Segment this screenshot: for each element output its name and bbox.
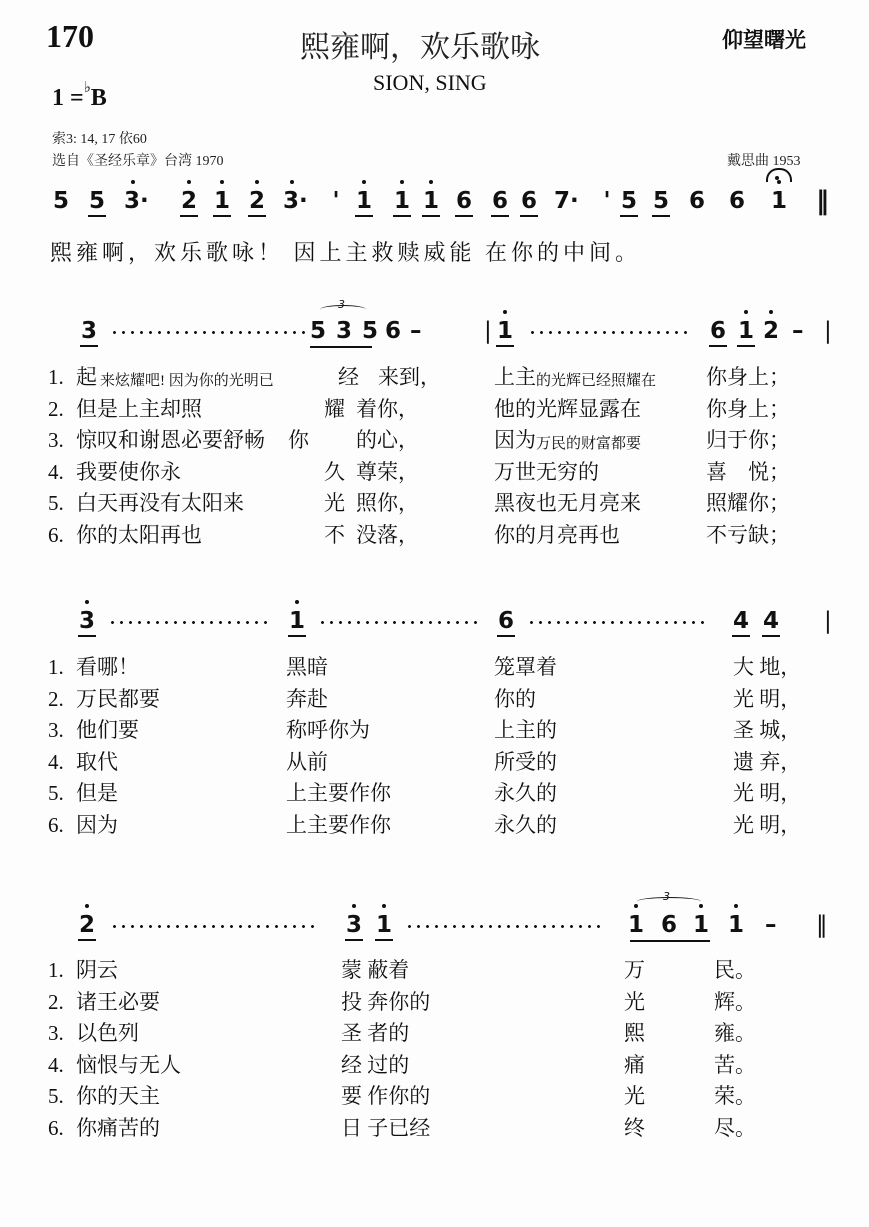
category-label: 仰望曙光: [722, 24, 806, 54]
verse-text: 尊荣，: [356, 457, 419, 489]
verse-text: 他的光辉显露在: [494, 394, 641, 426]
verse-line: 1.看哪！黑暗笼罩着大 地，: [48, 652, 848, 684]
verse-line: 4.我要使你永久尊荣，万世无穷的喜 悦；: [48, 457, 848, 489]
verse-text: 光 明，: [733, 810, 801, 842]
verse-text: 取代: [76, 747, 118, 779]
verse-text: 我要使你永: [76, 457, 181, 489]
verse-block-2: 1.起来炫耀吧! 因为你的光明已经来到，上主的光辉已经照耀在你身上；2.但是上主…: [48, 362, 848, 551]
verse-line: 6.你的太阳再也不没落，你的月亮再也不亏缺；: [48, 520, 848, 552]
verse-text: 不: [324, 520, 345, 552]
verse-text: 他们要: [76, 715, 139, 747]
continuation-dots: [527, 621, 709, 624]
note: 5: [88, 188, 106, 214]
verse-line: 4.恼恨与无人经 过的痛苦。: [48, 1050, 848, 1082]
breath-mark: ': [598, 188, 616, 214]
verse-text: 5.: [48, 488, 64, 520]
verse-text: 照你，: [356, 488, 419, 520]
verse-text: 要 作你的: [341, 1081, 430, 1113]
note: 6: [709, 318, 727, 344]
verse-text: 辉。: [714, 987, 756, 1019]
hymn-sheet: 170 熙雍啊，欢乐歌咏 仰望曙光 SION, SING 1 =♭B 索3: 1…: [0, 0, 869, 1227]
note: 1: [422, 188, 440, 214]
note: 6: [660, 912, 678, 938]
composer-credit: 戴思曲 1953: [727, 150, 801, 170]
final-barline: ‖: [816, 186, 829, 216]
verse-line: 1.起来炫耀吧! 因为你的光明已经来到，上主的光辉已经照耀在你身上；: [48, 362, 848, 394]
note: 1: [627, 912, 645, 938]
verse-text: 以色列: [76, 1018, 139, 1050]
note: 6: [455, 188, 473, 214]
note: 1: [737, 318, 755, 344]
verse-text: 上主要作你: [286, 778, 391, 810]
note: 6: [688, 188, 706, 214]
verse-text: 奔赴: [286, 684, 328, 716]
verse-text: 久: [324, 457, 345, 489]
verse-text: 熙: [624, 1018, 645, 1050]
verse-text: 但是: [76, 778, 118, 810]
barline: |: [824, 608, 832, 634]
verse-line: 2.万民都要奔赴你的光 明，: [48, 684, 848, 716]
verse-text: 2.: [48, 987, 64, 1019]
verse-line: 6.因为上主要作你永久的光 明，: [48, 810, 848, 842]
verse-text: 但是上主却照: [76, 394, 202, 426]
note: 5: [52, 188, 70, 214]
verse-text: 6.: [48, 520, 64, 552]
verse-text: 上主的: [494, 715, 557, 747]
note: 6: [520, 188, 538, 214]
refrain-lyrics: 熙雍啊，欢乐歌咏！ 因上主救赎威能 在你的中间。: [50, 236, 641, 267]
verse-line: 3.惊叹和谢恩必要舒畅你的心，因为万民的财富都要归于你；: [48, 425, 848, 457]
verse-block-3: 1.看哪！黑暗笼罩着大 地，2.万民都要奔赴你的光 明，3.他们要称呼你为上主的…: [48, 652, 848, 841]
note: 1: [355, 188, 373, 214]
verse-text: 照耀你；: [706, 488, 790, 520]
triplet-notes: 5 3 5: [310, 318, 379, 344]
verse-text: 经: [338, 362, 359, 394]
verse-text: 的心，: [356, 425, 419, 457]
note: 1: [496, 318, 514, 344]
note: 6: [728, 188, 746, 214]
verse-text: 3.: [48, 1018, 64, 1050]
triplet-bracket-icon: [320, 305, 366, 314]
verse-text: 看哪！: [76, 652, 139, 684]
flat-icon: ♭: [84, 80, 91, 96]
verse-line: 5.白天再没有太阳来光照你，黑夜也无月亮来照耀你；: [48, 488, 848, 520]
verse-text: 遗 弃，: [733, 747, 801, 779]
verse-text: 从前: [286, 747, 328, 779]
verse-text: 圣 城，: [733, 715, 801, 747]
key-prefix: 1 =: [52, 85, 84, 111]
verse-text: 1.: [48, 362, 64, 394]
verse-line: 5.你的天主要 作你的光荣。: [48, 1081, 848, 1113]
note: 4: [762, 608, 780, 634]
verse-text: 4.: [48, 457, 64, 489]
verse-text: 蒙 蔽着: [341, 955, 409, 987]
verse-line: 3.他们要称呼你为上主的圣 城，: [48, 715, 848, 747]
verse-text: 6.: [48, 1113, 64, 1145]
verse-text: 永久的: [494, 778, 557, 810]
verse-text: 你的: [494, 684, 536, 716]
notation-row-4: 2 3 1 3 1 6 1 1 – ‖: [0, 912, 869, 942]
verse-text: 起: [76, 362, 97, 394]
verse-line: 2.诸王必要投 奔你的光辉。: [48, 987, 848, 1019]
verse-text: 黑夜也无月亮来: [494, 488, 641, 520]
verse-text: 4.: [48, 1050, 64, 1082]
hymn-number: 170: [46, 18, 94, 55]
verse-text: 荣。: [714, 1081, 756, 1113]
final-barline: ‖: [816, 912, 828, 938]
verse-text: 万: [624, 955, 645, 987]
verse-text: 笼罩着: [494, 652, 557, 684]
verse-text: 1.: [48, 652, 64, 684]
triplet-bracket-icon: [637, 897, 701, 906]
verse-text: 诸王必要: [76, 987, 160, 1019]
note: 3: [78, 608, 96, 634]
continuation-dots: [405, 925, 605, 928]
verse-text: 你痛苦的: [76, 1113, 160, 1145]
note: 1: [770, 188, 788, 214]
note: 4: [732, 608, 750, 634]
verse-line: 6.你痛苦的日 子已经终尽。: [48, 1113, 848, 1145]
verse-text: 恼恨与无人: [76, 1050, 181, 1082]
verse-text: 终: [624, 1113, 645, 1145]
verse-line: 3.以色列圣 者的熙雍。: [48, 1018, 848, 1050]
verse-line: 2.但是上主却照耀着你，他的光辉显露在你身上；: [48, 394, 848, 426]
continuation-dots: [108, 621, 268, 624]
note: 1: [692, 912, 710, 938]
verse-text: 上主: [494, 362, 536, 394]
verse-text: 喜 悦；: [706, 457, 790, 489]
verse-text: 来到，: [378, 362, 441, 394]
verse-text: 5.: [48, 1081, 64, 1113]
verse-text: 称呼你为: [286, 715, 370, 747]
verse-text: 没落，: [356, 520, 419, 552]
verse-text: 光 明，: [733, 684, 801, 716]
note: 3: [345, 912, 363, 938]
note: 2: [248, 188, 266, 214]
verse-text: 你的天主: [76, 1081, 160, 1113]
verse-line: 4.取代从前所受的遗 弃，: [48, 747, 848, 779]
notation-row-3: 3 1 6 4 4 |: [0, 608, 869, 638]
verse-line: 1.阴云蒙 蔽着万民。: [48, 955, 848, 987]
verse-text: 万世无穷的: [494, 457, 599, 489]
verse-text: 2.: [48, 684, 64, 716]
note: 3·: [124, 188, 142, 214]
reference-line-2: 选自《圣经乐章》台湾 1970: [52, 150, 224, 170]
verse-text: 尽。: [714, 1113, 756, 1145]
barline: |: [484, 318, 492, 344]
verse-text: 痛: [624, 1050, 645, 1082]
note: 5: [620, 188, 638, 214]
underline: [310, 346, 372, 348]
verse-text: 因为: [494, 425, 536, 457]
note: 1: [213, 188, 231, 214]
verse-text: 你身上；: [706, 362, 790, 394]
note: 1: [288, 608, 306, 634]
verse-block-4: 1.阴云蒙 蔽着万民。2.诸王必要投 奔你的光辉。3.以色列圣 者的熙雍。4.恼…: [48, 955, 848, 1144]
notation-row-2: 3 3 5 3 5 6 – | 1 6 1 2 – |: [0, 318, 869, 348]
verse-text: 雍。: [714, 1018, 756, 1050]
continuation-dots: [110, 925, 320, 928]
verse-text: 你的太阳再也: [76, 520, 202, 552]
note: 1: [375, 912, 393, 938]
dash: –: [792, 318, 804, 344]
underline: [630, 940, 710, 942]
verse-text: 永久的: [494, 810, 557, 842]
note: 6: [385, 318, 401, 344]
note: 7·: [554, 188, 572, 214]
verse-text: 你: [288, 425, 309, 457]
verse-text: 圣 者的: [341, 1018, 409, 1050]
verse-text: 光: [624, 987, 645, 1019]
verse-text: 民。: [714, 955, 756, 987]
verse-text: 3.: [48, 425, 64, 457]
fermata-icon: [766, 168, 792, 182]
note: 2: [180, 188, 198, 214]
verse-text: 3.: [48, 715, 64, 747]
verse-text: 日 子已经: [341, 1113, 430, 1145]
verse-text: 不亏缺；: [706, 520, 790, 552]
note: 2: [762, 318, 780, 344]
verse-text: 耀: [324, 394, 345, 426]
verse-text: 光: [324, 488, 345, 520]
verse-text: 白天再没有太阳来: [76, 488, 244, 520]
note: 5: [652, 188, 670, 214]
verse-text: 阴云: [76, 955, 118, 987]
verse-text: 2.: [48, 394, 64, 426]
key-signature: 1 =♭B: [52, 82, 107, 112]
note: 1: [393, 188, 411, 214]
verse-text: 苦。: [714, 1050, 756, 1082]
verse-text: 因为: [76, 810, 118, 842]
verse-text: 经 过的: [341, 1050, 409, 1082]
verse-text: 6.: [48, 810, 64, 842]
verse-text: 光: [624, 1081, 645, 1113]
barline: |: [824, 318, 832, 344]
verse-text: 着你，: [356, 394, 419, 426]
notation-row-1: 553·2123·'1116667·'55661: [0, 188, 869, 218]
continuation-dots: [528, 331, 688, 334]
verse-text: 光 明，: [733, 778, 801, 810]
verse-line: 5.但是上主要作你永久的光 明，: [48, 778, 848, 810]
verse-text: 惊叹和谢恩必要舒畅: [76, 425, 265, 457]
reference-line-1: 索3: 14, 17 依60: [52, 128, 147, 148]
verse-text: 投 奔你的: [341, 987, 430, 1019]
verse-text: 你身上；: [706, 394, 790, 426]
note: 2: [78, 912, 96, 938]
verse-text: 所受的: [494, 747, 557, 779]
dash: –: [765, 912, 777, 938]
verse-text: 5.: [48, 778, 64, 810]
title-english: SION, SING: [373, 70, 487, 96]
key-note: B: [91, 85, 107, 111]
verse-text: 万民都要: [76, 684, 160, 716]
verse-text: 你的月亮再也: [494, 520, 620, 552]
note: 1: [727, 912, 745, 938]
continuation-dots: [110, 331, 310, 334]
title-chinese: 熙雍啊，欢乐歌咏: [300, 22, 540, 66]
breath-mark: ': [327, 188, 345, 214]
dash: –: [410, 318, 422, 344]
verse-text: 1.: [48, 955, 64, 987]
verse-text: 黑暗: [286, 652, 328, 684]
continuation-dots: [318, 621, 478, 624]
note: 3·: [283, 188, 301, 214]
verse-text: 大 地，: [733, 652, 801, 684]
fermata-dot-icon: [775, 176, 779, 180]
verse-text: 4.: [48, 747, 64, 779]
verse-text: 上主要作你: [286, 810, 391, 842]
note: 3: [80, 318, 98, 344]
note: 6: [491, 188, 509, 214]
verse-text: 归于你；: [706, 425, 790, 457]
note: 6: [497, 608, 515, 634]
